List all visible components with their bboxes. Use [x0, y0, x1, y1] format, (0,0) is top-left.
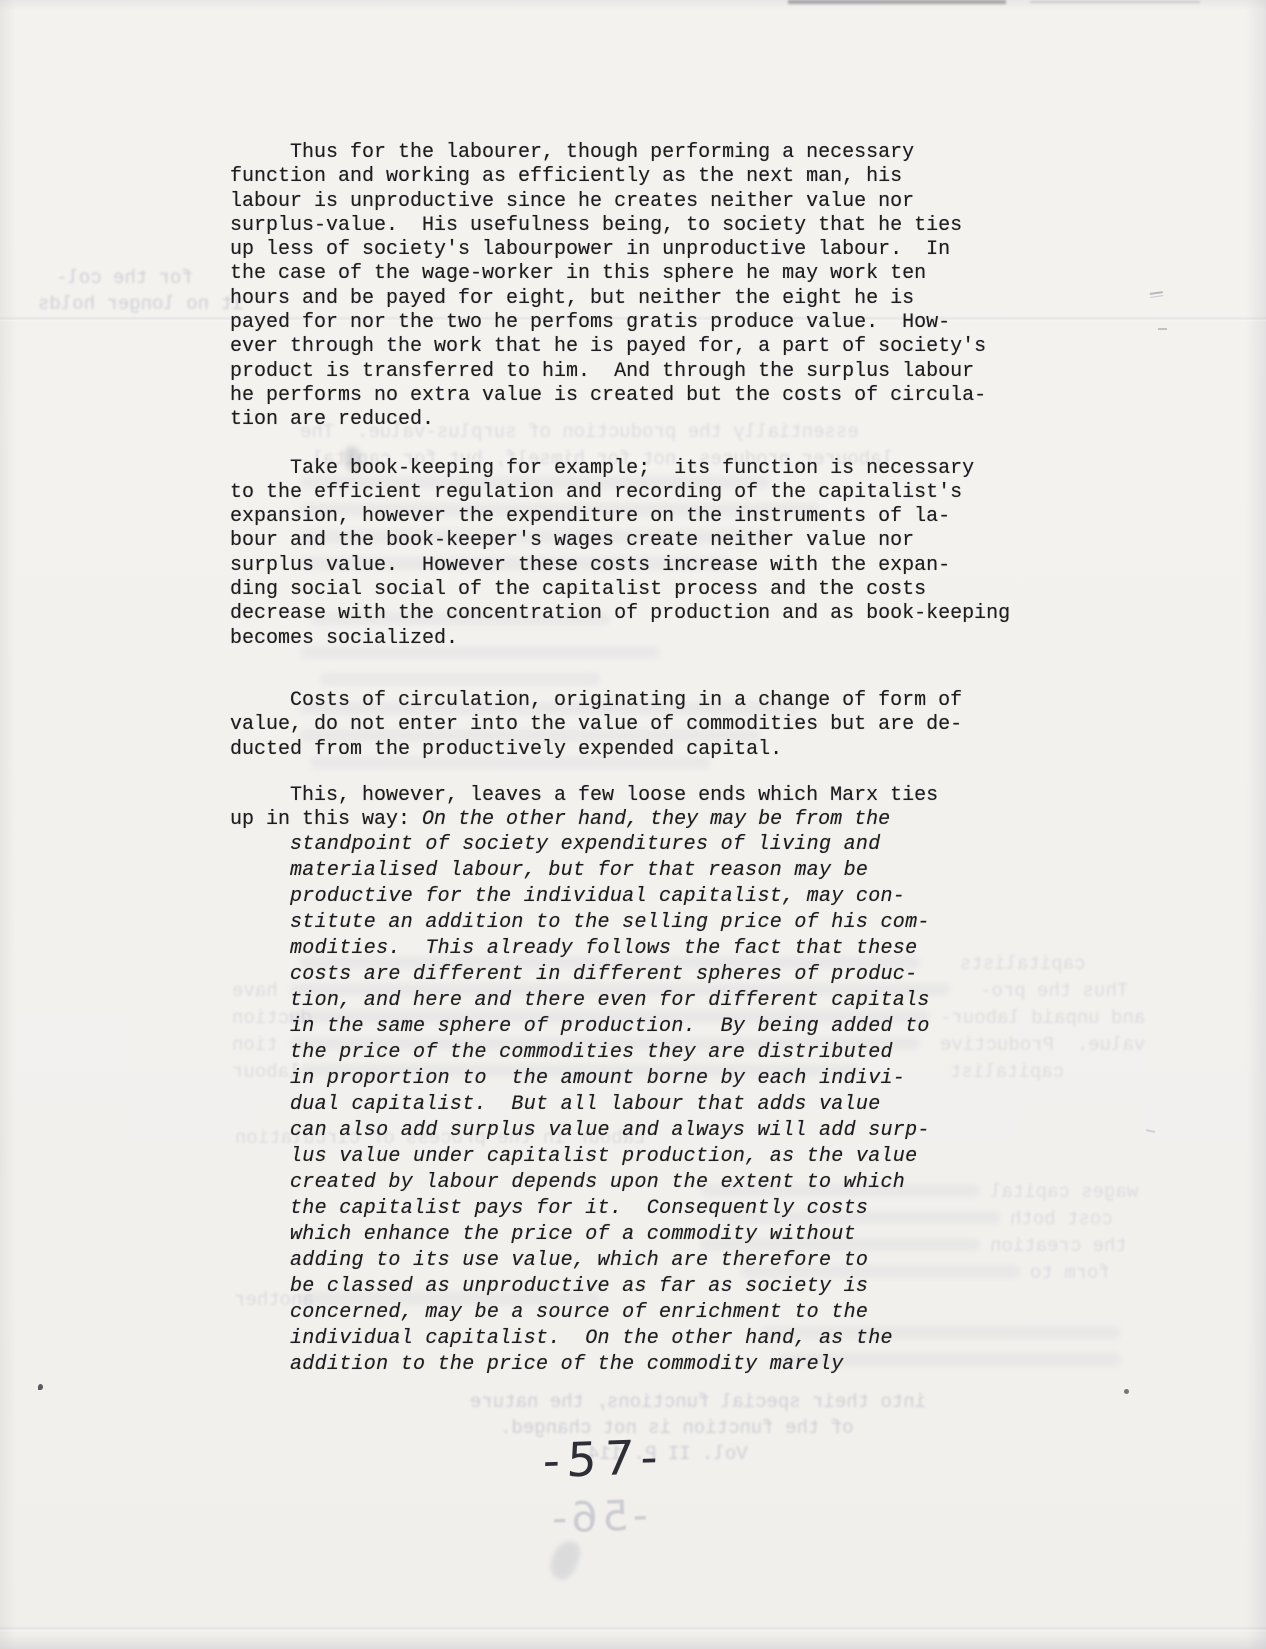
bleedthrough-text: for the col- — [56, 266, 193, 290]
typed-line: modities. This already follows the fact … — [290, 936, 1060, 962]
typed-line: payed for nor the two he perfoms gratis … — [230, 311, 1060, 335]
typed-line: stitute an addition to the selling price… — [290, 910, 1060, 936]
typed-line: bour and the book-keeper's wages create … — [230, 529, 1060, 553]
typed-line: productive for the individual capitalist… — [290, 884, 1060, 910]
paragraph-4: This, however, leaves a few loose ends w… — [230, 784, 1060, 833]
typed-line: to the efficient regulation and recordin… — [230, 481, 1060, 505]
scan-edge-smudge — [1030, 1, 1200, 3]
bleedthrough-text: into their special functions, the nature — [470, 1390, 926, 1414]
pencil-mark — [1158, 328, 1167, 330]
paragraph-1: Thus for the labourer, though performing… — [230, 141, 1060, 433]
typed-line: labour is unproductive since he creates … — [230, 190, 1060, 214]
typed-line: hours and be payed for eight, but neithe… — [230, 287, 1060, 311]
typed-line: lus value under capitalist production, a… — [290, 1144, 1060, 1170]
typed-line: in proportion to the amount borne by eac… — [290, 1066, 1060, 1092]
typed-line: costs are different in different spheres… — [290, 962, 1060, 988]
typed-line: can also add surplus value and always wi… — [290, 1118, 1060, 1144]
scanned-document-page: for the col- it no longer holds essentia… — [0, 0, 1266, 1649]
verso-page-number: -56- — [547, 1490, 648, 1542]
scan-edge-smudge — [788, 0, 1006, 4]
typed-line: ding social social of the capitalist pro… — [230, 578, 1060, 602]
pencil-mark — [1150, 291, 1164, 298]
ink-speck — [1124, 1389, 1129, 1394]
typed-line: tion, and here and there even for differ… — [290, 988, 1060, 1014]
typed-line: ducted from the productively expended ca… — [230, 738, 1060, 762]
pencil-mark — [1146, 1129, 1155, 1133]
typed-line: Costs of circulation, originating in a c… — [230, 689, 1060, 713]
typed-line: becomes socialized. — [230, 627, 1060, 651]
handwritten-page-number: -57- — [542, 1430, 667, 1489]
typed-line: up in this way: On the other hand, they … — [230, 808, 1060, 832]
typed-line: addition to the price of the commodity m… — [290, 1352, 1060, 1378]
typed-line: the case of the wage-worker in this sphe… — [230, 262, 1060, 286]
typed-line: value, do not enter into the value of co… — [230, 713, 1060, 737]
typed-line: expansion, however the expenditure on th… — [230, 505, 1060, 529]
typed-line: surplus-value. His usefulness being, to … — [230, 214, 1060, 238]
typed-line: materialised labour, but for that reason… — [290, 858, 1060, 884]
typed-line: surplus value. However these costs incre… — [230, 554, 1060, 578]
typed-line: individual capitalist. On the other hand… — [290, 1326, 1060, 1352]
typed-line: the price of the commodities they are di… — [290, 1040, 1060, 1066]
paper-smudge — [546, 1537, 584, 1583]
paragraph-2: Take book-keeping for example; its funct… — [230, 457, 1060, 651]
closing-roman-text: up in this way: — [230, 808, 422, 831]
typed-line: be classed as unproductive as far as soc… — [290, 1274, 1060, 1300]
typed-line: created by labour depends upon the exten… — [290, 1170, 1060, 1196]
typed-line: standpoint of society expenditures of li… — [290, 832, 1060, 858]
paper-crease — [0, 1626, 1266, 1632]
bleedthrough-text: it no longer holds — [38, 292, 243, 316]
typed-line: which enhance the price of a commodity w… — [290, 1222, 1060, 1248]
typed-text-block: Thus for the labourer, though performing… — [230, 141, 1060, 1378]
typed-line: concerned, may be a source of enrichment… — [290, 1300, 1060, 1326]
typed-line: in the same sphere of production. By bei… — [290, 1014, 1060, 1040]
typed-line: This, however, leaves a few loose ends w… — [230, 784, 1060, 808]
typed-line: Take book-keeping for example; its funct… — [230, 457, 1060, 481]
typed-line: dual capitalist. But all labour that add… — [290, 1092, 1060, 1118]
typed-line: tion are reduced. — [230, 408, 1060, 432]
closing-italic-text: On the other hand, they may be from the — [422, 808, 890, 831]
typed-line: function and working as efficiently as t… — [230, 165, 1060, 189]
typed-line: product is transferred to him. And throu… — [230, 360, 1060, 384]
typed-line: the capitalist pays for it. Consequently… — [290, 1196, 1060, 1222]
block-quote: standpoint of society expenditures of li… — [290, 832, 1060, 1378]
ink-speck — [38, 1384, 43, 1390]
typed-line: he performs no extra value is created bu… — [230, 384, 1060, 408]
typed-line: ever through the work that he is payed f… — [230, 335, 1060, 359]
typed-line: up less of society's labourpower in unpr… — [230, 238, 1060, 262]
typed-line: Thus for the labourer, though performing… — [230, 141, 1060, 165]
paragraph-3: Costs of circulation, originating in a c… — [230, 689, 1060, 762]
typed-line: decrease with the concentration of produ… — [230, 602, 1060, 626]
typed-line: adding to its use value, which are there… — [290, 1248, 1060, 1274]
